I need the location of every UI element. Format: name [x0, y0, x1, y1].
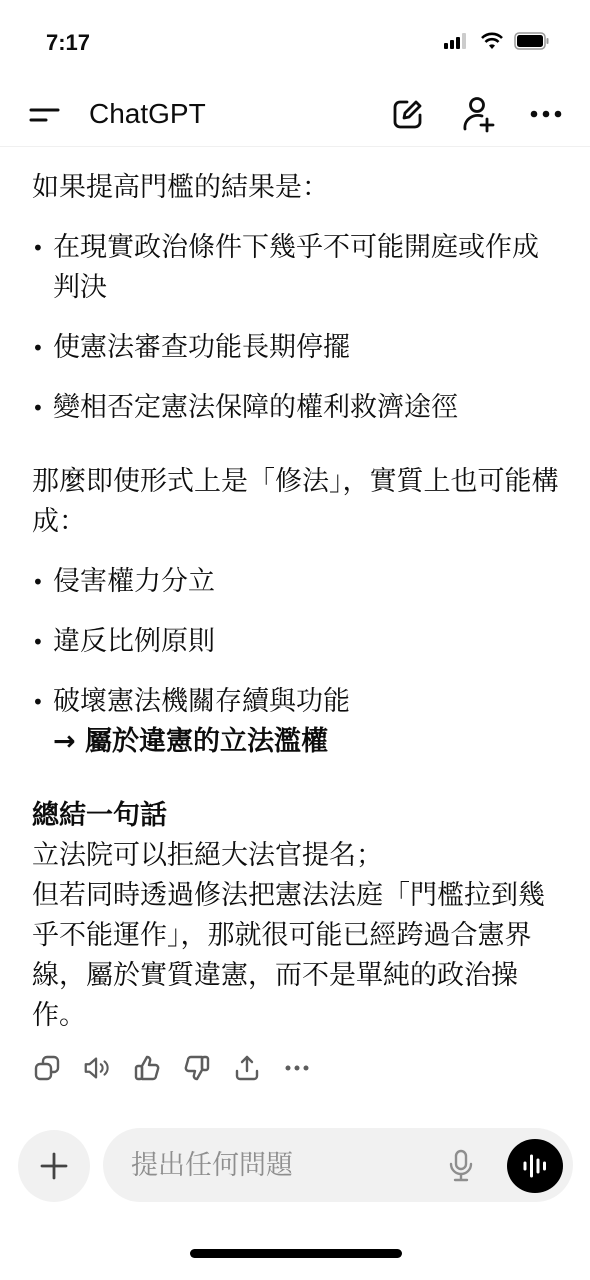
more-options-button[interactable] [526, 94, 566, 134]
middle-text: 那麼即使形式上是「修法」，實質上也可能構成： [32, 462, 562, 542]
attach-button[interactable] [18, 1130, 90, 1202]
intro-text: 如果提高門檻的結果是： [32, 168, 562, 208]
thumbs-up-icon [133, 1054, 161, 1082]
edit-icon [391, 97, 425, 131]
share-icon [233, 1054, 261, 1082]
list-item: • 違反比例原則 [32, 622, 562, 662]
list-item: • 侵害權力分立 [32, 562, 562, 602]
dictate-button[interactable] [441, 1146, 481, 1186]
list-item: • 使憲法審查功能長期停擺 [32, 328, 562, 368]
composer [0, 1128, 590, 1204]
message-input-container [103, 1128, 573, 1202]
new-chat-button[interactable] [388, 94, 428, 134]
list-item: • 變相否定憲法保障的權利救濟途徑 [32, 388, 562, 428]
bullet-icon: • [32, 388, 53, 428]
more-actions-button[interactable] [282, 1050, 312, 1086]
thumbs-down-button[interactable] [182, 1050, 212, 1086]
app-header: ChatGPT [0, 84, 590, 147]
voice-mode-button[interactable] [507, 1139, 563, 1193]
menu-icon [28, 100, 62, 130]
home-indicator[interactable] [190, 1249, 402, 1258]
message-input[interactable] [129, 1144, 423, 1186]
waveform-icon [520, 1153, 550, 1179]
bullet-icon: • [32, 622, 53, 662]
list-item: • 破壞憲法機關存續與功能 → 屬於違憲的立法濫權 [32, 682, 562, 762]
status-bar: 7:17 [0, 0, 590, 80]
summary-line-1: 立法院可以拒絕大法官提名； [32, 836, 562, 876]
plus-icon [39, 1151, 69, 1181]
app-title: ChatGPT [89, 98, 206, 130]
add-person-button[interactable] [458, 94, 498, 134]
list-item: • 在現實政治條件下幾乎不可能開庭或作成判決 [32, 228, 562, 308]
bullet-icon: • [32, 228, 53, 308]
message-actions [32, 1050, 312, 1086]
speaker-icon [82, 1054, 112, 1082]
add-person-icon [460, 95, 496, 133]
bullet-icon: • [32, 562, 53, 602]
share-button[interactable] [232, 1050, 262, 1086]
status-time: 7:17 [46, 30, 90, 56]
summary-heading: 總結一句話 [32, 796, 562, 836]
more-icon [529, 109, 563, 119]
summary-line-2: 但若同時透過修法把憲法法庭「門檻拉到幾乎不能運作」，那就很可能已經跨過合憲界線，… [32, 876, 562, 1036]
battery-icon [514, 32, 550, 50]
sidebar-menu-button[interactable] [28, 100, 62, 130]
status-icons [444, 32, 550, 50]
thumbs-up-button[interactable] [132, 1050, 162, 1086]
copy-icon [33, 1054, 61, 1082]
read-aloud-button[interactable] [82, 1050, 112, 1086]
assistant-message: 如果提高門檻的結果是： • 在現實政治條件下幾乎不可能開庭或作成判決 • 使憲法… [32, 168, 562, 1036]
conclusion-arrow-text: → 屬於違憲的立法濫權 [53, 726, 328, 757]
signal-icon [444, 33, 470, 49]
thumbs-down-icon [183, 1054, 211, 1082]
bullet-icon: • [32, 682, 53, 762]
wifi-icon [480, 32, 504, 50]
more-icon [284, 1064, 310, 1072]
microphone-icon [448, 1149, 474, 1183]
copy-button[interactable] [32, 1050, 62, 1086]
bullet-icon: • [32, 328, 53, 368]
